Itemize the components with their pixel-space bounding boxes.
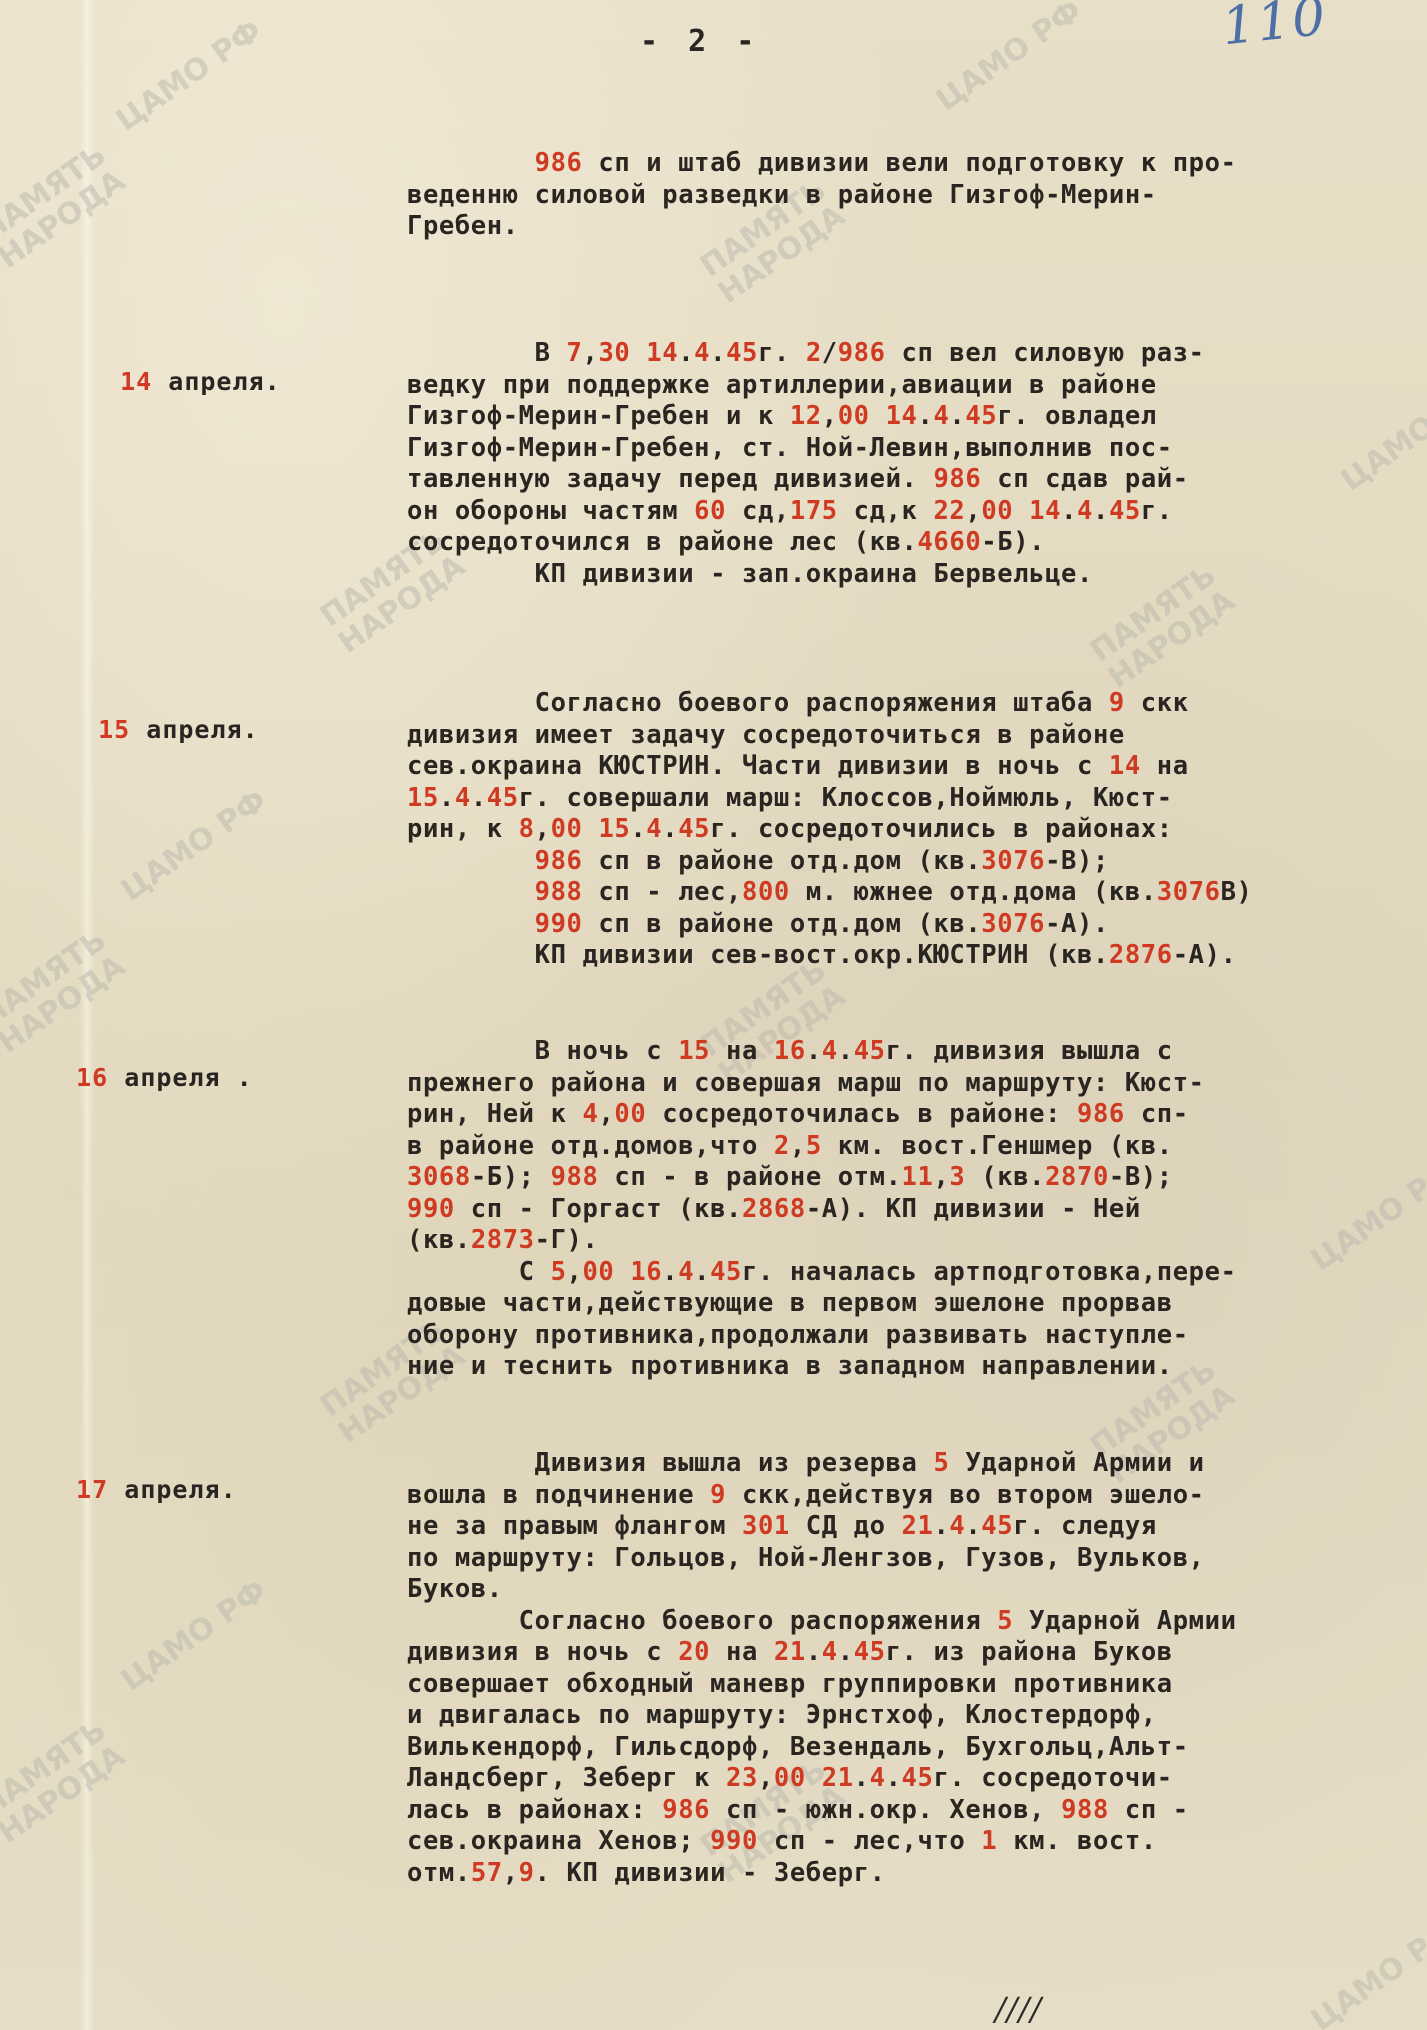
watermark-pamyat-naroda: ПАМЯТЬ НАРОДА: [0, 139, 131, 275]
text-line: Вилькендорф, Гильсдорф, Везендаль, Бухго…: [407, 1732, 1417, 1764]
paper-fold-crease: [80, 0, 94, 2030]
entry-body-14-april: В 7,30 14.4.45г. 2/986 сп вел силовую ра…: [407, 338, 1417, 590]
entry-date-16-april: 16 апреля .: [44, 1034, 253, 1092]
text-line: лась в районах: 986 сп - южн.окр. Хенов,…: [407, 1795, 1417, 1827]
text-line: прежнего района и совершая марш по маршр…: [407, 1068, 1417, 1100]
text-line: 986 сп в районе отд.дом (кв.3076-В);: [407, 846, 1417, 878]
text-line: 15.4.45г. совершали марш: Клоссов,Ноймюл…: [407, 783, 1417, 815]
text-line: В 7,30 14.4.45г. 2/986 сп вел силовую ра…: [407, 338, 1417, 370]
text-line: совершает обходный маневр группировки пр…: [407, 1669, 1417, 1701]
text-line: оборону противника,продолжали развивать …: [407, 1320, 1417, 1352]
text-line: дивизия в ночь с 20 на 21.4.45г. из райо…: [407, 1637, 1417, 1669]
entry-date-17-april: 17 апреля.: [44, 1446, 237, 1504]
text-line: отм.57,9. КП дивизии - Зеберг.: [407, 1858, 1417, 1890]
text-line: 990 сп в районе отд.дом (кв.3076-А).: [407, 909, 1417, 941]
text-line: (кв.2873-Г).: [407, 1225, 1417, 1257]
text-line: ние и теснить противника в западном напр…: [407, 1351, 1417, 1383]
watermark-tsamo: ЦАМО РФ: [931, 0, 1087, 117]
text-line: С 5,00 16.4.45г. началась артподготовка,…: [407, 1257, 1417, 1289]
entry-body-16-april: В ночь с 15 на 16.4.45г. дивизия вышла с…: [407, 1036, 1417, 1383]
text-line: Ландсберг, Зеберг к 23,00 21.4.45г. соср…: [407, 1763, 1417, 1795]
text-line: сев.окраина КЮСТРИН. Части дивизии в ноч…: [407, 751, 1417, 783]
text-line: ведку при поддержке артиллерии,авиации в…: [407, 370, 1417, 402]
text-line: вошла в подчинение 9 скк,действуя во вто…: [407, 1480, 1417, 1512]
text-line: Дивизия вышла из резерва 5 Ударной Армии…: [407, 1448, 1417, 1480]
intro-paragraph: 986 сп и штаб дивизии вели подготовку к …: [407, 148, 1417, 243]
text-line: В ночь с 15 на 16.4.45г. дивизия вышла с: [407, 1036, 1417, 1068]
text-line: не за правым флангом 301 СД до 21.4.45г.…: [407, 1511, 1417, 1543]
entry-body-17-april: Дивизия вышла из резерва 5 Ударной Армии…: [407, 1448, 1417, 1889]
entry-date-14-april: 14 апреля.: [88, 338, 281, 396]
text-line: КП дивизии - зап.окраина Бервельце.: [407, 559, 1417, 591]
watermark-pamyat-naroda: ПАМЯТЬ НАРОДА: [0, 1714, 131, 1850]
entry-date-15-april: 15 апреля.: [66, 686, 259, 744]
text-line: Гизгоф-Мерин-Гребен, ст. Ной-Левин,выпол…: [407, 433, 1417, 465]
text-line: в районе отд.домов,что 2,5 км. вост.Генш…: [407, 1131, 1417, 1163]
entry-body-15-april: Согласно боевого распоряжения штаба 9 ск…: [407, 688, 1417, 972]
text-line: КП дивизии сев-вост.окр.КЮСТРИН (кв.2876…: [407, 940, 1417, 972]
date-month: апреля .: [108, 1063, 252, 1092]
archive-sheet-number: 110: [1219, 0, 1330, 57]
text-line: тавленную задачу перед дивизией. 986 сп …: [407, 464, 1417, 496]
date-month: апреля.: [108, 1475, 236, 1504]
watermark-tsamo: ЦАМО РФ: [111, 15, 267, 138]
date-month: апреля.: [152, 367, 280, 396]
bottom-tally-mark: ////: [995, 1990, 1042, 2028]
date-day: 14: [120, 367, 152, 396]
text-line: сосредоточился в районе лес (кв.4660-Б).: [407, 527, 1417, 559]
text-line: сев.окраина Хенов; 990 сп - лес,что 1 км…: [407, 1826, 1417, 1858]
text-line: Гребен.: [407, 211, 1417, 243]
watermark-tsamo: ЦАМО РФ: [116, 785, 272, 908]
text-line: довые части,действующие в первом эшелоне…: [407, 1288, 1417, 1320]
page-number: - 2 -: [640, 24, 760, 59]
text-line: рин, Ней к 4,00 сосредоточилась в районе…: [407, 1099, 1417, 1131]
text-line: 990 сп - Горгаст (кв.2868-А). КП дивизии…: [407, 1194, 1417, 1226]
text-line: Согласно боевого распоряжения штаба 9 ск…: [407, 688, 1417, 720]
watermark-tsamo: ЦАМО РФ: [1306, 1915, 1427, 2030]
text-line: 988 сп - лес,800 м. южнее отд.дома (кв.3…: [407, 877, 1417, 909]
text-line: рин, к 8,00 15.4.45г. сосредоточились в …: [407, 814, 1417, 846]
text-line: и двигалась по маршруту: Эрнстхоф, Клост…: [407, 1700, 1417, 1732]
date-day: 16: [76, 1063, 108, 1092]
date-day: 17: [76, 1475, 108, 1504]
watermark-tsamo: ЦАМО РФ: [116, 1575, 272, 1698]
text-line: Гизгоф-Мерин-Гребен и к 12,00 14.4.45г. …: [407, 401, 1417, 433]
text-line: 986 сп и штаб дивизии вели подготовку к …: [407, 148, 1417, 180]
text-line: он обороны частям 60 сд,175 сд,к 22,00 1…: [407, 496, 1417, 528]
text-line: 3068-Б); 988 сп - в районе отм.11,3 (кв.…: [407, 1162, 1417, 1194]
text-line: по маршруту: Гольцов, Ной-Ленгзов, Гузов…: [407, 1543, 1417, 1575]
text-line: Согласно боевого распоряжения 5 Ударной …: [407, 1606, 1417, 1638]
text-line: Буков.: [407, 1574, 1417, 1606]
date-day: 15: [98, 715, 130, 744]
date-month: апреля.: [130, 715, 258, 744]
text-line: дивизия имеет задачу сосредоточиться в р…: [407, 720, 1417, 752]
text-line: веденню силовой разведки в районе Гизгоф…: [407, 180, 1417, 212]
